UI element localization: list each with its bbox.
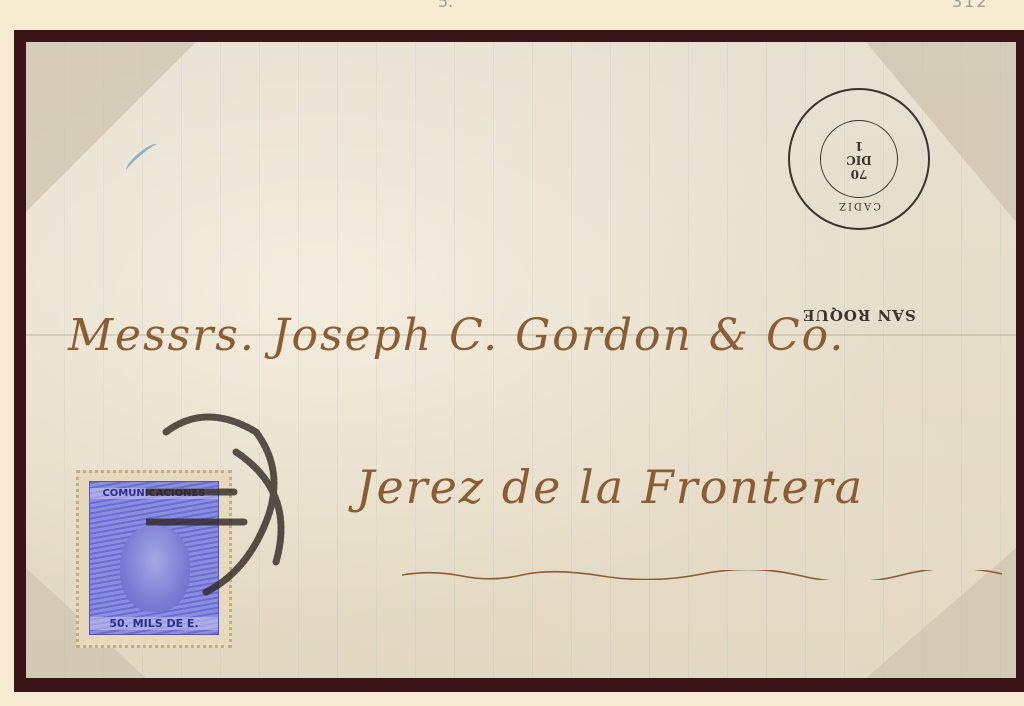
photo-corner-bottom-right — [866, 548, 1016, 678]
postmark-year: 70 — [821, 167, 897, 181]
cancellation-mark — [146, 412, 326, 612]
page-note-right: 312 — [952, 0, 989, 11]
postmark-date: 70 DIC 1 — [821, 139, 897, 181]
stamp-value-text: 50. MILS DE E. — [90, 617, 218, 630]
mount-notch — [0, 490, 10, 540]
postmark-province: CADIZ — [790, 200, 928, 211]
postmark-inner-ring: 70 DIC 1 — [820, 120, 898, 198]
postmark-day: 1 — [821, 139, 897, 153]
album-page: 5. 312 CADIZ 70 DIC 1 SAN ROQUE Messrs. … — [0, 0, 1024, 706]
photo-corner-top-left — [26, 42, 196, 212]
address-line-2: Jerez de la Frontera — [356, 460, 864, 514]
address-line-1: Messrs. Joseph C. Gordon & Co. — [68, 310, 845, 361]
postmark-month: DIC — [821, 153, 897, 167]
page-note-left: 5. — [438, 0, 453, 11]
postmark-san-roque: CADIZ 70 DIC 1 SAN ROQUE — [788, 88, 930, 230]
address-underline — [402, 570, 1002, 580]
postal-cover: CADIZ 70 DIC 1 SAN ROQUE Messrs. Joseph … — [26, 42, 1016, 678]
